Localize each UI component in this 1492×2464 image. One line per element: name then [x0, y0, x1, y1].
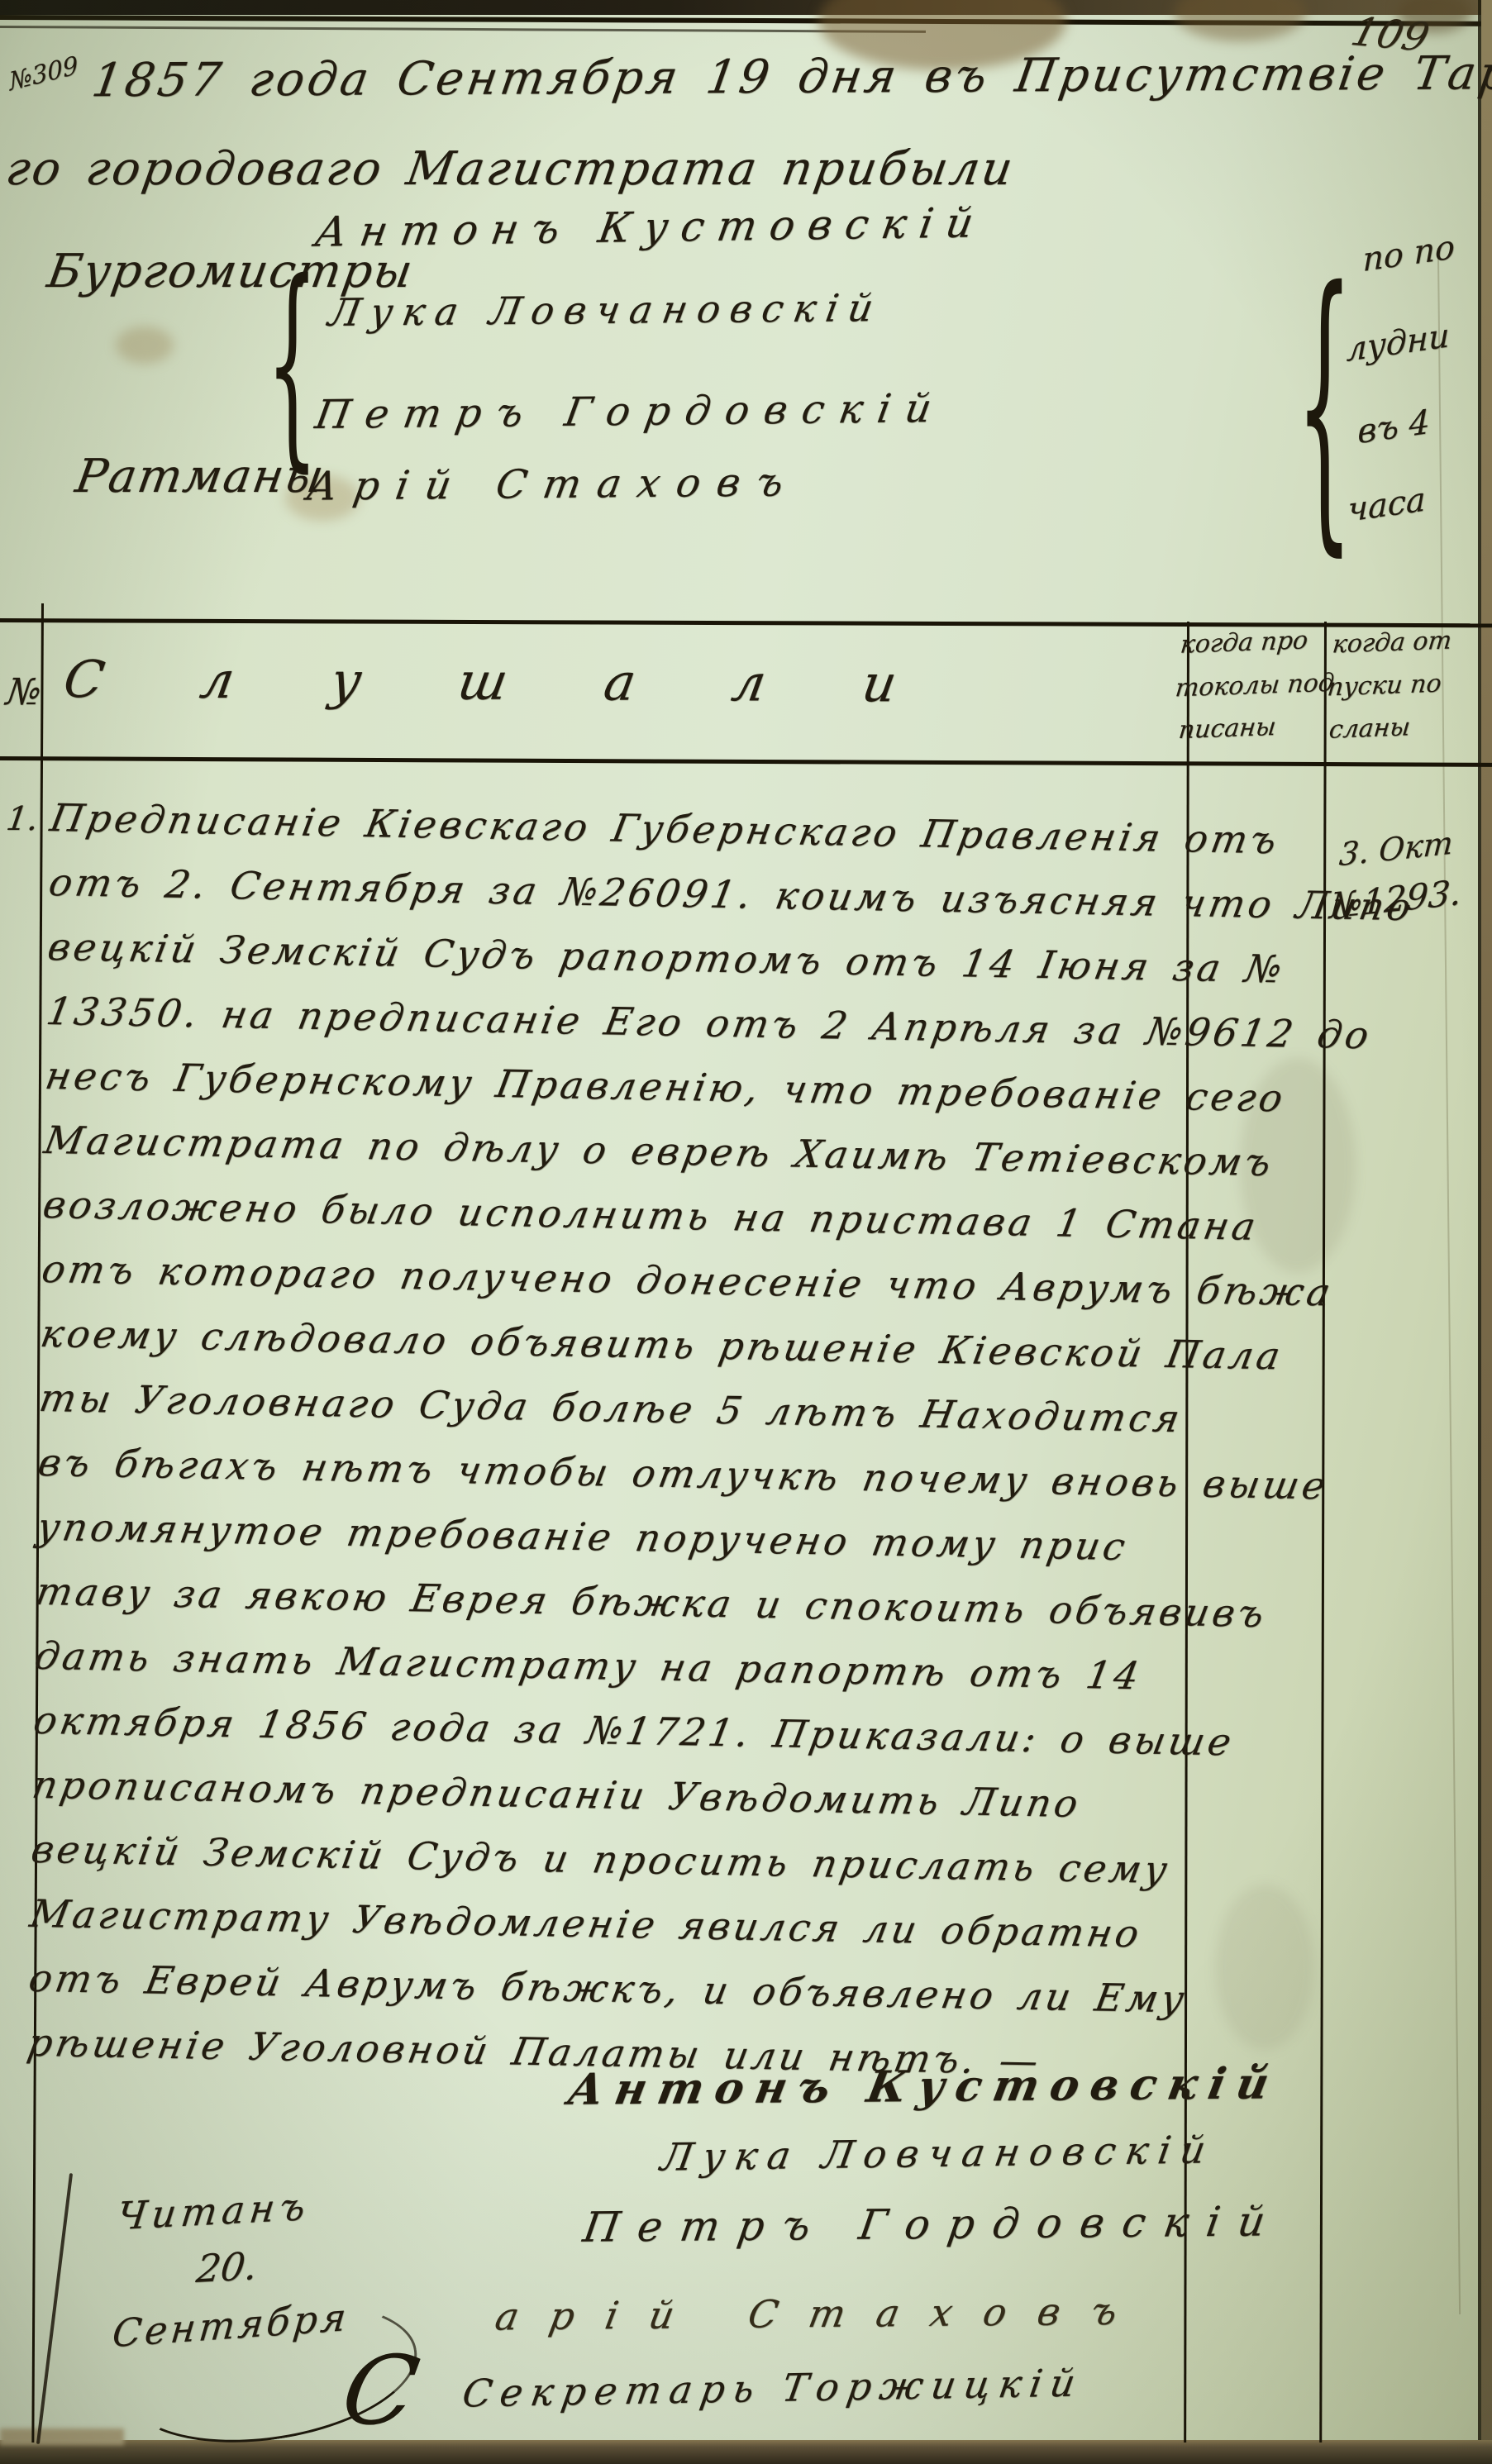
table-header-top-rule — [0, 618, 1492, 627]
book-edge — [1481, 0, 1492, 2464]
signature-name: Арій Стаховъ — [303, 459, 803, 509]
table-main-header: Слушали — [60, 649, 999, 714]
stain — [1174, 0, 1306, 41]
time-note-line: по по — [1363, 228, 1455, 279]
time-note-line: въ 4 — [1357, 403, 1429, 452]
bottom-left-page-corner — [0, 2428, 124, 2445]
signature: Петръ Гордовскій — [580, 2197, 1287, 2251]
col-signed-header-line: когда про — [1179, 626, 1309, 660]
signature-name: Петръ Гордовскій — [312, 385, 949, 438]
stain — [1215, 1885, 1314, 2050]
time-note-line: лудни — [1347, 317, 1450, 369]
col-signed-header-line: писаны — [1177, 713, 1277, 745]
photo-bottom-edge — [0, 2440, 1492, 2464]
col-sent-header-line: пуски по — [1326, 670, 1442, 703]
sent-note-date: 3. Окт — [1338, 824, 1457, 873]
top-border-line-2 — [0, 26, 926, 33]
col-signed-header-line: токолы под — [1174, 669, 1336, 703]
table-corner-mark: № — [3, 671, 44, 713]
signature: Лука Ловчановскій — [658, 2127, 1219, 2179]
header-line-2: го городоваго Магистрата прибыли — [2, 142, 1018, 196]
manuscript-page: 109 №309 1857 года Сентября 19 дня въ Пр… — [0, 0, 1492, 2464]
table-header-bottom-rule — [0, 756, 1492, 767]
signature-name: Лука Ловчановскій — [325, 285, 886, 335]
sent-note-number: №1293. — [1328, 872, 1463, 927]
read-note-line: 20. — [194, 2243, 260, 2291]
time-note-line: часа — [1347, 480, 1425, 530]
signature: Антонъ Кустовскій — [564, 2058, 1284, 2115]
col-sent-header-line: сланы — [1328, 713, 1412, 745]
stain — [116, 326, 174, 364]
read-note-line: Читанъ — [115, 2184, 313, 2239]
sent-note: 3. Окт №1293. — [1323, 824, 1463, 926]
page-crease — [1437, 248, 1461, 2314]
signature: Секретарь Торжицкій — [460, 2360, 1087, 2415]
read-note-flourish-stroke — [36, 2173, 73, 2444]
entry-body: Предписаніе Кіевскаго Губернскаго Правле… — [26, 795, 1198, 2105]
header-line-1: 1857 года Сентября 19 дня въ Присутствіе… — [88, 45, 1492, 108]
signature-name: Антонъ Кустовскій — [312, 198, 989, 255]
signature: арій Стаховъ — [492, 2289, 1152, 2339]
entry-number: 1. — [4, 800, 41, 838]
journal-entry-number: №309 — [7, 51, 79, 98]
col-sent-header-line: когда от — [1331, 626, 1453, 659]
time-note-brace: { — [1296, 203, 1353, 608]
